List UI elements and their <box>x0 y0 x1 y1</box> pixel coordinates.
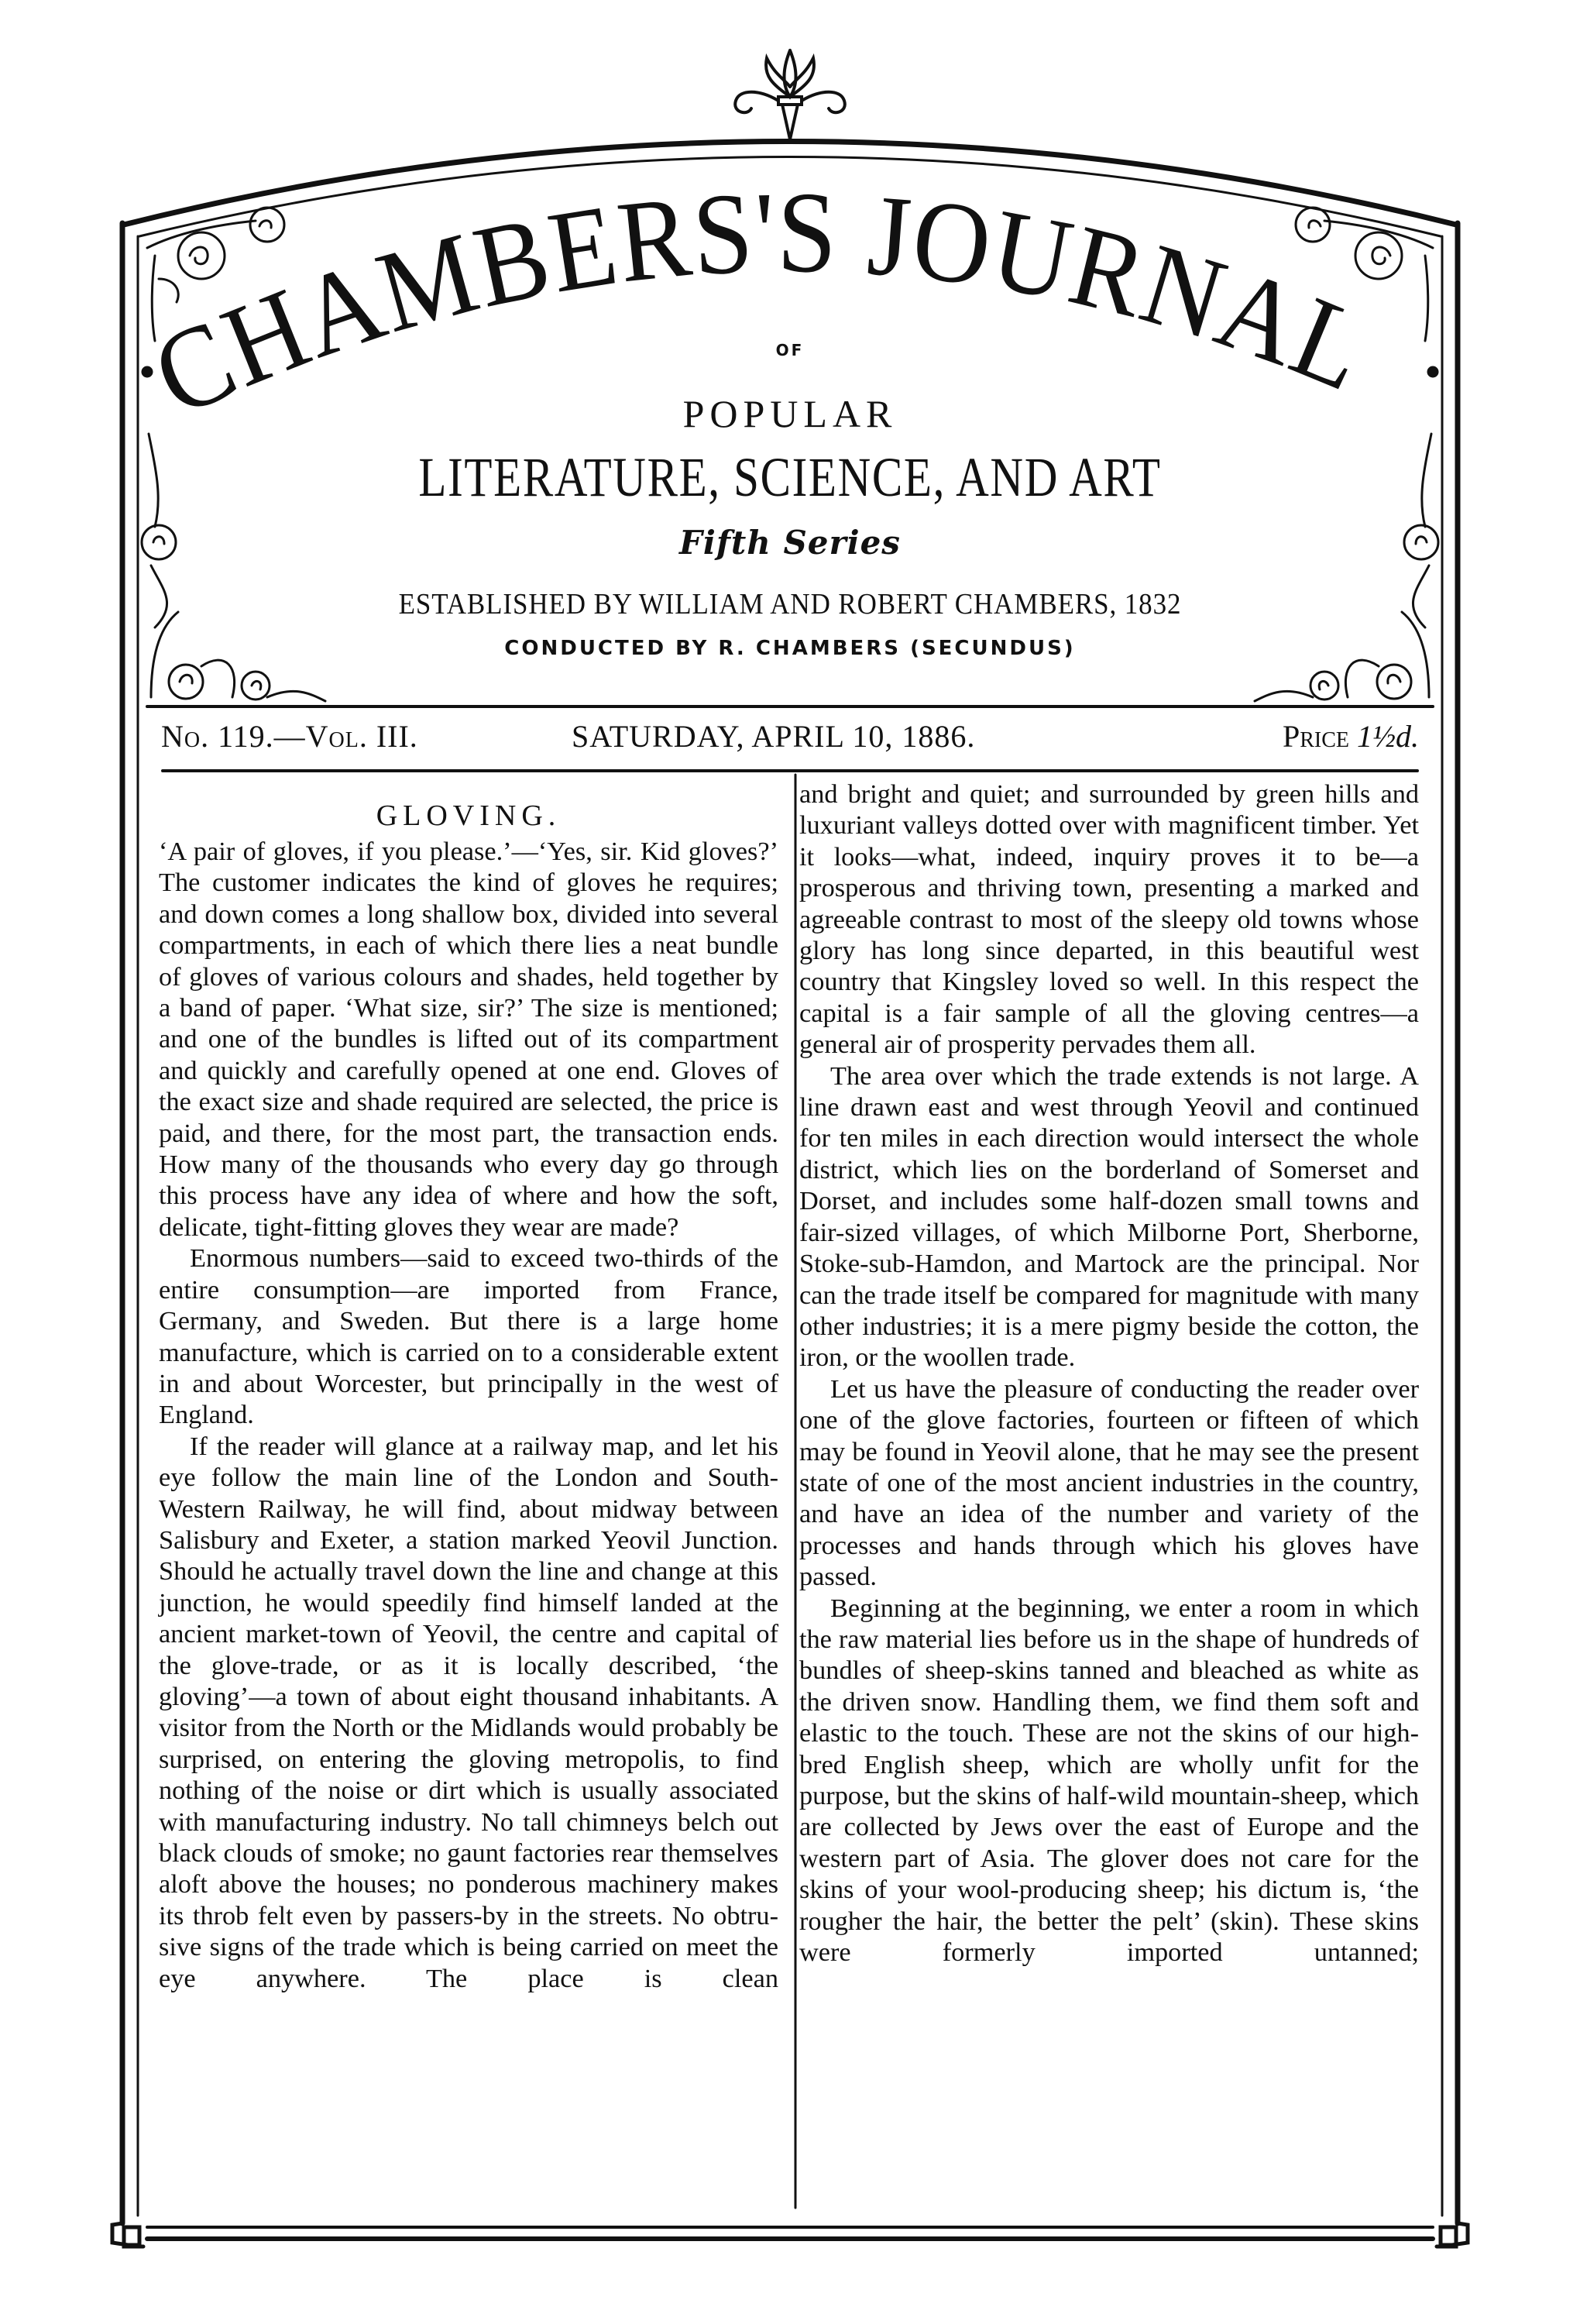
paragraph: Let us have the pleasure of conducting t… <box>799 1373 1419 1593</box>
paragraph: The area over which the trade extends is… <box>799 1061 1419 1373</box>
issue-number: No. 119.—Vol. III. <box>161 718 418 755</box>
paragraph: ‘A pair of gloves, if you please.’—‘Yes,… <box>159 836 778 1243</box>
subtitle-literature-science-art: LITERATURE, SCIENCE, AND ART <box>143 445 1438 510</box>
series-label: Fifth Series <box>0 524 1580 562</box>
price-label: Price <box>1283 719 1349 754</box>
article-title: GLOVING. <box>159 799 778 833</box>
conducted-line: CONDUCTED BY R. CHAMBERS (SECUNDUS) <box>0 637 1580 660</box>
title-of: OF <box>0 341 1580 359</box>
paragraph: and bright and quiet; and surrounded by … <box>799 779 1419 1061</box>
paragraph: Beginning at the beginning, we enter a r… <box>799 1593 1419 1968</box>
paragraph: Enormous numbers—said to exceed two-thir… <box>159 1243 778 1430</box>
paragraph: If the reader will glance at a railway m… <box>159 1431 778 1994</box>
issue-info-bar: No. 119.—Vol. III. SATURDAY, APRIL 10, 1… <box>161 713 1419 759</box>
subtitle-popular: POPULAR <box>0 391 1580 436</box>
left-column: GLOVING. ‘A pair of gloves, if you pleas… <box>159 779 778 1994</box>
established-line: ESTABLISHED BY WILLIAM AND ROBERT CHAMBE… <box>64 587 1517 621</box>
fleur-de-lis-ornament <box>735 50 845 139</box>
right-column: and bright and quiet; and surrounded by … <box>799 779 1419 1968</box>
price-value: 1½d. <box>1357 719 1419 754</box>
issue-date: SATURDAY, APRIL 10, 1886. <box>572 718 975 755</box>
issue-price: Price 1½d. <box>1283 718 1419 755</box>
